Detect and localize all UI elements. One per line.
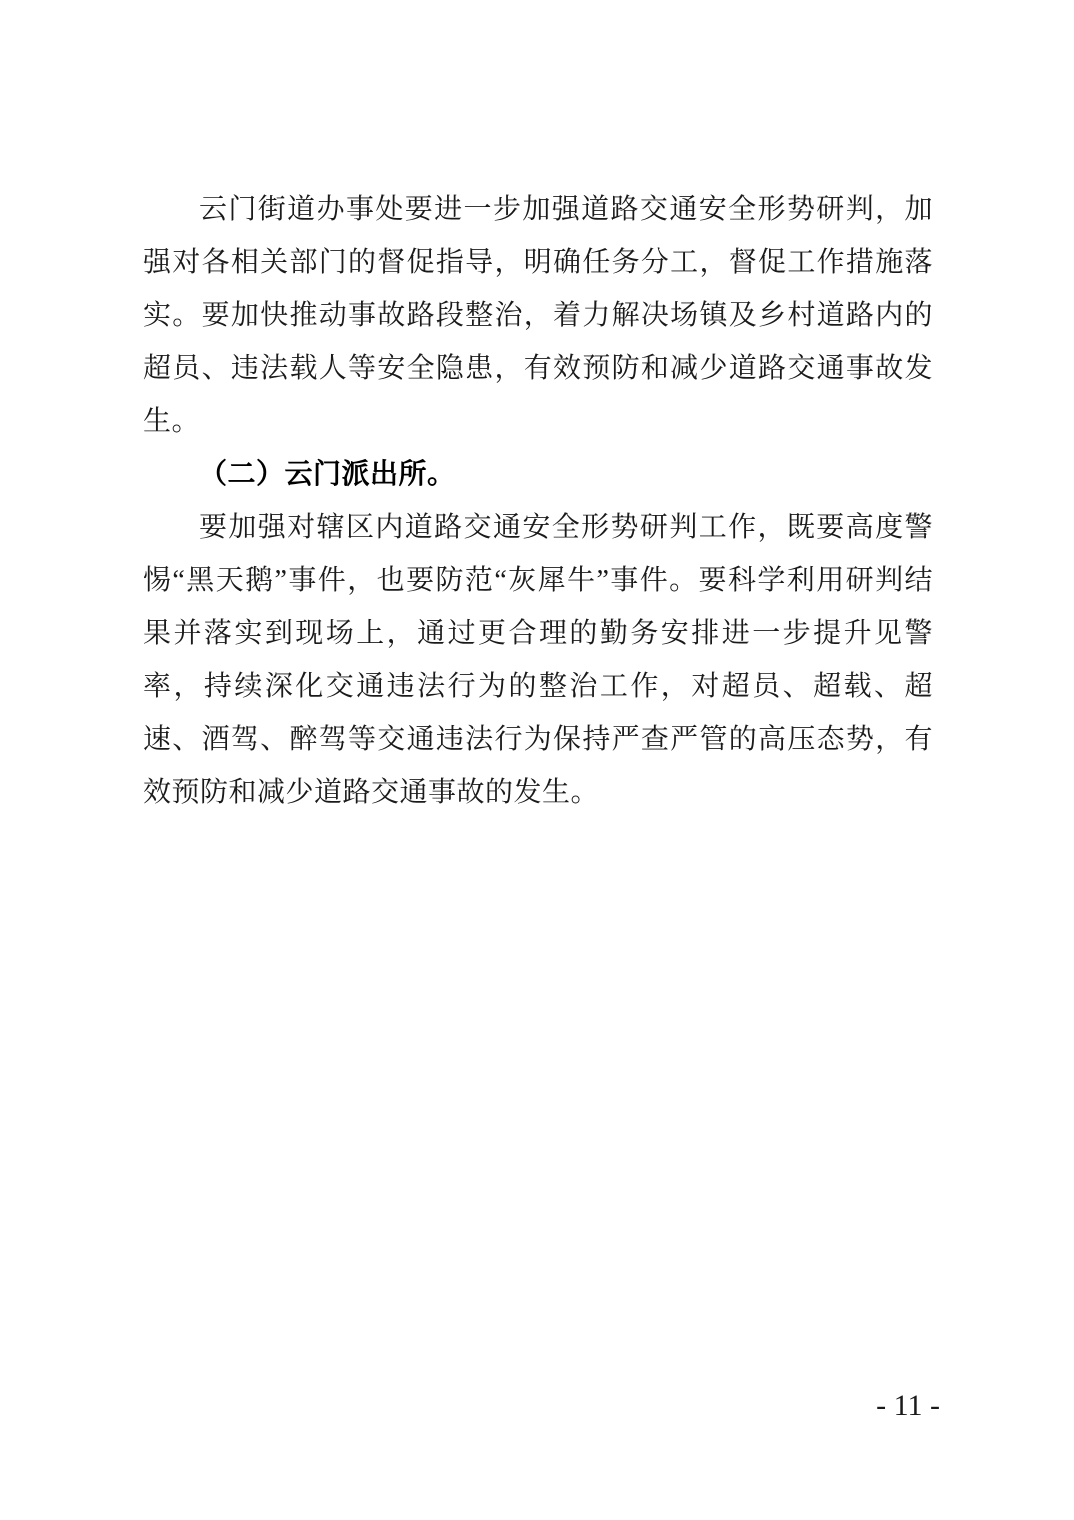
section-heading-yunmen-police-station: （二）云门派出所。	[143, 448, 933, 501]
document-body: 云门街道办事处要进一步加强道路交通安全形势研判，加强对各相关部门的督促指导，明确…	[143, 183, 933, 819]
page-number: - 11 -	[876, 1388, 940, 1424]
document-page: 云门街道办事处要进一步加强道路交通安全形势研判，加强对各相关部门的督促指导，明确…	[0, 0, 1074, 1520]
paragraph-police-station: 要加强对辖区内道路交通安全形势研判工作，既要高度警惕“黑天鹅”事件，也要防范“灰…	[143, 501, 933, 819]
paragraph-street-office: 云门街道办事处要进一步加强道路交通安全形势研判，加强对各相关部门的督促指导，明确…	[143, 183, 933, 448]
